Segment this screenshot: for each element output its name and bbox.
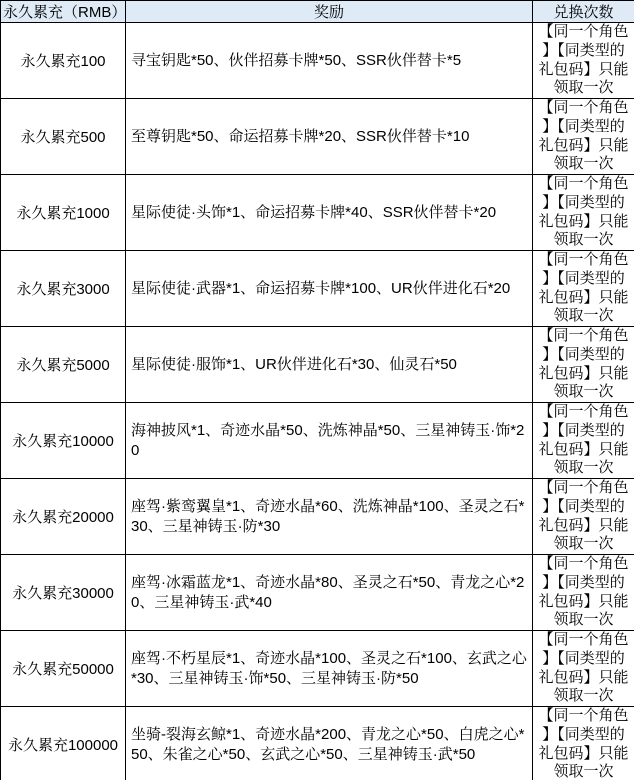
recharge-cell: 永久累充20000 <box>1 479 126 555</box>
table-row: 永久累充30000 座驾·冰霜蓝龙*1、奇迹水晶*80、圣灵之石*50、青龙之心… <box>1 555 634 631</box>
recharge-cell: 永久累充1000 <box>1 175 126 251</box>
limit-cell: 【同一个角色】【同类型的礼包码】只能领取一次 <box>533 707 634 780</box>
recharge-cell: 永久累充500 <box>1 99 126 175</box>
table-row: 永久累充100 寻宝钥匙*50、伙伴招募卡牌*50、SSR伙伴替卡*5 【同一个… <box>1 23 634 99</box>
recharge-cell: 永久累充100000 <box>1 707 126 780</box>
limit-cell: 【同一个角色】【同类型的礼包码】只能领取一次 <box>533 479 634 555</box>
table-row: 永久累充500 至尊钥匙*50、命运招募卡牌*20、SSR伙伴替卡*10 【同一… <box>1 99 634 175</box>
reward-cell: 星际使徒·头饰*1、命运招募卡牌*40、SSR伙伴替卡*20 <box>126 175 533 251</box>
reward-cell: 寻宝钥匙*50、伙伴招募卡牌*50、SSR伙伴替卡*5 <box>126 23 533 99</box>
limit-cell: 【同一个角色】【同类型的礼包码】只能领取一次 <box>533 327 634 403</box>
header-reward: 奖励 <box>126 1 533 23</box>
limit-cell: 【同一个角色】【同类型的礼包码】只能领取一次 <box>533 251 634 327</box>
recharge-cell: 永久累充10000 <box>1 403 126 479</box>
reward-cell: 座驾·不朽星辰*1、奇迹水晶*100、圣灵之石*100、玄武之心*30、三星神铸… <box>126 631 533 707</box>
recharge-cell: 永久累充5000 <box>1 327 126 403</box>
table-row: 永久累充20000 座驾·紫鸾翼皇*1、奇迹水晶*60、洗炼神晶*100、圣灵之… <box>1 479 634 555</box>
header-row: 永久累充（RMB） 奖励 兑换次数 <box>1 1 634 23</box>
table-row: 永久累充5000 星际使徒·服饰*1、UR伙伴进化石*30、仙灵石*50 【同一… <box>1 327 634 403</box>
limit-cell: 【同一个角色】【同类型的礼包码】只能领取一次 <box>533 23 634 99</box>
limit-cell: 【同一个角色】【同类型的礼包码】只能领取一次 <box>533 175 634 251</box>
reward-cell: 至尊钥匙*50、命运招募卡牌*20、SSR伙伴替卡*10 <box>126 99 533 175</box>
header-recharge: 永久累充（RMB） <box>1 1 126 23</box>
reward-cell: 星际使徒·武器*1、命运招募卡牌*100、UR伙伴进化石*20 <box>126 251 533 327</box>
recharge-cell: 永久累充3000 <box>1 251 126 327</box>
recharge-cell: 永久累充30000 <box>1 555 126 631</box>
table-row: 永久累充50000 座驾·不朽星辰*1、奇迹水晶*100、圣灵之石*100、玄武… <box>1 631 634 707</box>
table-row: 永久累充10000 海神披风*1、奇迹水晶*50、洗炼神晶*50、三星神铸玉·饰… <box>1 403 634 479</box>
recharge-cell: 永久累充50000 <box>1 631 126 707</box>
table-row: 永久累充100000 坐骑-裂海玄鲸*1、奇迹水晶*200、青龙之心*50、白虎… <box>1 707 634 780</box>
header-limit: 兑换次数 <box>533 1 634 23</box>
table-row: 永久累充3000 星际使徒·武器*1、命运招募卡牌*100、UR伙伴进化石*20… <box>1 251 634 327</box>
recharge-cell: 永久累充100 <box>1 23 126 99</box>
recharge-rewards-table: 永久累充（RMB） 奖励 兑换次数 永久累充100 寻宝钥匙*50、伙伴招募卡牌… <box>0 0 634 780</box>
reward-cell: 星际使徒·服饰*1、UR伙伴进化石*30、仙灵石*50 <box>126 327 533 403</box>
reward-cell: 坐骑-裂海玄鲸*1、奇迹水晶*200、青龙之心*50、白虎之心*50、朱雀之心*… <box>126 707 533 780</box>
reward-cell: 座驾·冰霜蓝龙*1、奇迹水晶*80、圣灵之石*50、青龙之心*20、三星神铸玉·… <box>126 555 533 631</box>
limit-cell: 【同一个角色】【同类型的礼包码】只能领取一次 <box>533 403 634 479</box>
recharge-rewards-page: 永久累充（RMB） 奖励 兑换次数 永久累充100 寻宝钥匙*50、伙伴招募卡牌… <box>0 0 634 780</box>
reward-cell: 座驾·紫鸾翼皇*1、奇迹水晶*60、洗炼神晶*100、圣灵之石*30、三星神铸玉… <box>126 479 533 555</box>
limit-cell: 【同一个角色】【同类型的礼包码】只能领取一次 <box>533 631 634 707</box>
reward-cell: 海神披风*1、奇迹水晶*50、洗炼神晶*50、三星神铸玉·饰*20 <box>126 403 533 479</box>
limit-cell: 【同一个角色】【同类型的礼包码】只能领取一次 <box>533 555 634 631</box>
limit-cell: 【同一个角色】【同类型的礼包码】只能领取一次 <box>533 99 634 175</box>
table-row: 永久累充1000 星际使徒·头饰*1、命运招募卡牌*40、SSR伙伴替卡*20 … <box>1 175 634 251</box>
